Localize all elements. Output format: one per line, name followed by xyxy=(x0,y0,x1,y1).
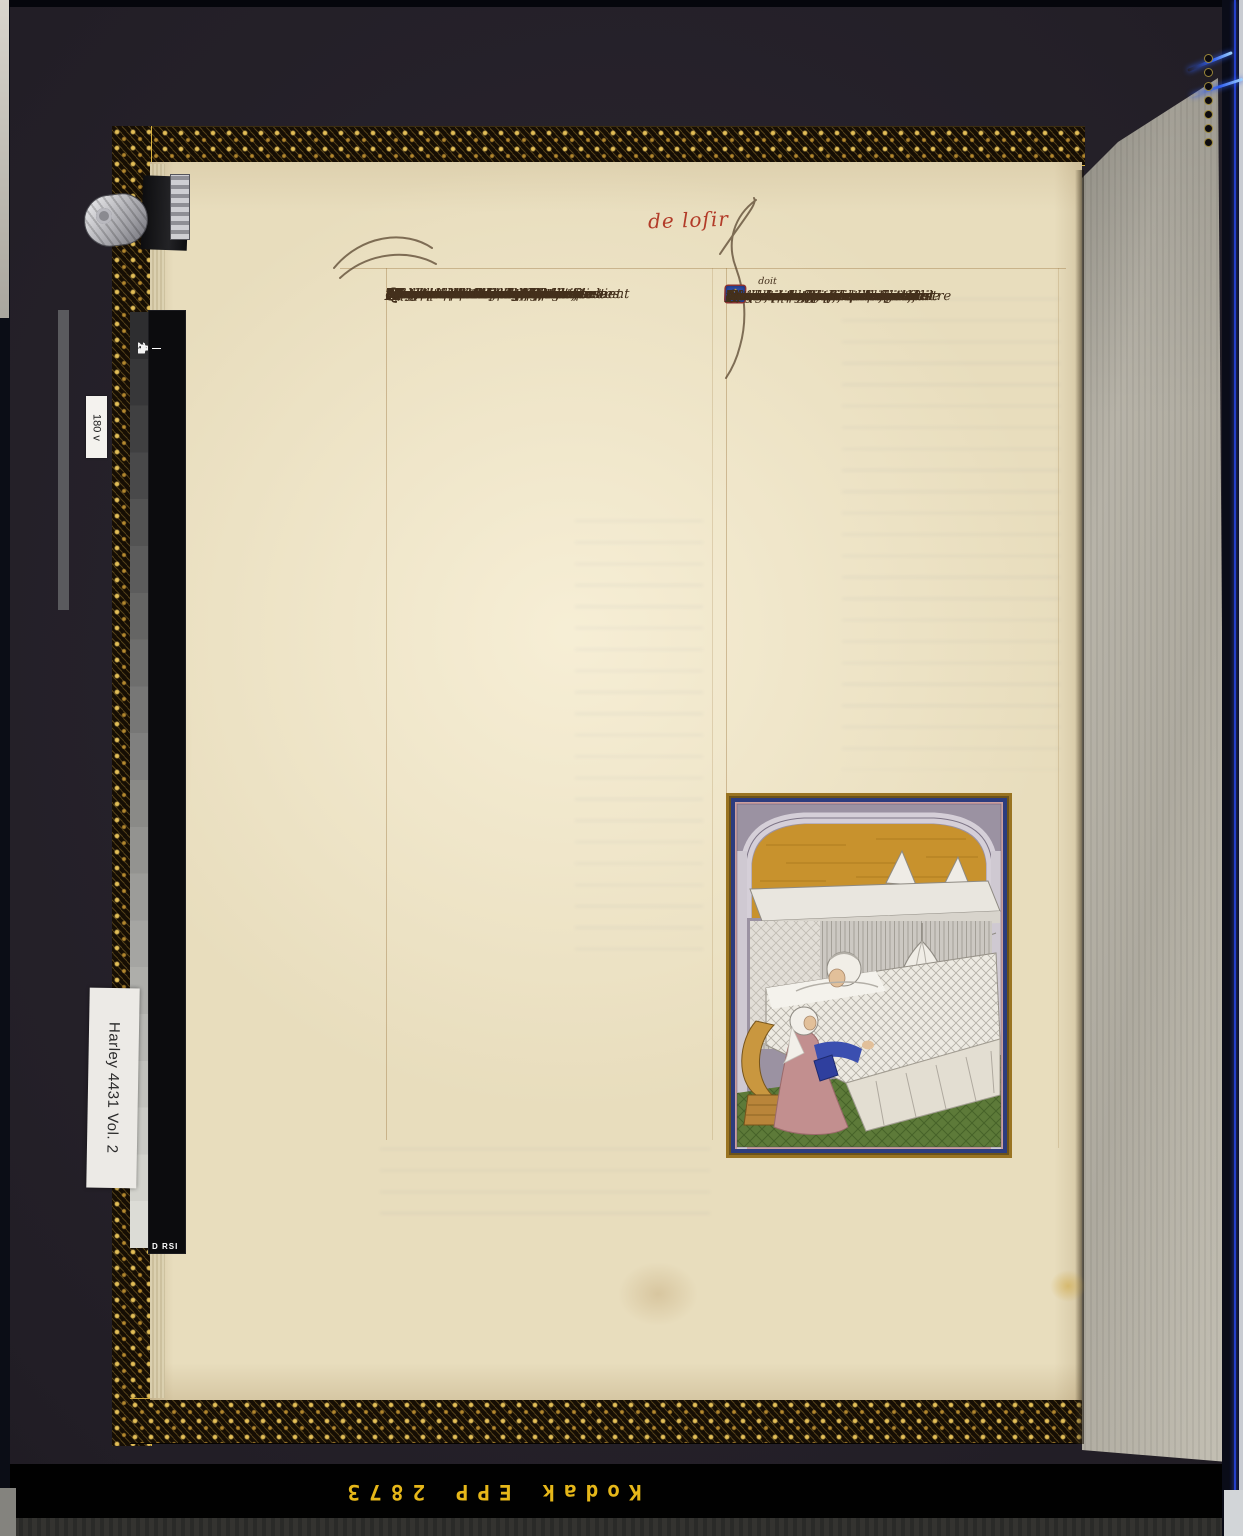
film-top-edge xyxy=(0,0,1243,7)
film-edge-label: Kodak EPP 2873 xyxy=(290,1470,690,1514)
gold-tooled-border-top xyxy=(112,126,1085,166)
reaching-hand xyxy=(862,1041,874,1050)
book-fore-edge xyxy=(1078,70,1230,1466)
verso-show-through xyxy=(380,1148,710,1226)
tint-swatch xyxy=(58,310,69,610)
parchment-stain xyxy=(618,1262,698,1326)
miniature xyxy=(726,793,1012,1158)
ruling-line xyxy=(712,268,713,1140)
ruler-footer: D RSI xyxy=(152,1242,178,1251)
ruling-line xyxy=(386,268,387,1140)
film-code-dot xyxy=(1204,68,1213,77)
film-blue-line xyxy=(1234,0,1236,1536)
shelfmark-label: Harley 4431 Vol. 2 xyxy=(86,988,139,1189)
film-code-dot xyxy=(1204,110,1213,119)
film-sliver-bottom-left xyxy=(0,1488,16,1536)
photographed-manuscript: de loſir Se vont ensemble combatantEntre… xyxy=(0,0,1243,1536)
verse-text: ertes folz est qui ne laquiert xyxy=(725,286,920,307)
folio-label: 180 v xyxy=(86,396,107,458)
parchment-stain xyxy=(1050,1270,1086,1302)
verse-line: Et mest chose trop merveillable xyxy=(385,284,386,305)
verso-show-through xyxy=(575,520,703,950)
film-sliver-right xyxy=(1239,0,1243,1536)
clip-metal-bar xyxy=(170,174,190,240)
verse-line: Certes folz est qui ne laquiert xyxy=(725,286,726,307)
film-bottom-edge xyxy=(10,1518,1232,1536)
film-code-dot xyxy=(1204,82,1213,91)
verso-show-through xyxy=(842,298,1060,770)
gold-tooled-border-bottom xyxy=(130,1398,1085,1444)
page-gutter-shadow xyxy=(1075,170,1084,1444)
clip-rivet xyxy=(96,208,112,224)
ruler-number: 25 xyxy=(135,343,147,355)
rubric-heading: de loſir xyxy=(648,207,730,234)
film-sliver-bottom-right xyxy=(1224,1490,1243,1536)
film-code-dot xyxy=(1204,124,1213,133)
film-code-dot xyxy=(1204,54,1213,63)
verse-text: t mest chose trop merveillable xyxy=(385,284,593,305)
color-patch-black xyxy=(58,310,130,610)
ruler: 1234567891011121314151617181920212223242… xyxy=(148,310,186,1254)
film-code-dot xyxy=(1204,138,1213,147)
film-code-dot xyxy=(1204,96,1213,105)
ruler-top-pad xyxy=(149,311,185,331)
film-sliver-top-left xyxy=(0,0,9,318)
